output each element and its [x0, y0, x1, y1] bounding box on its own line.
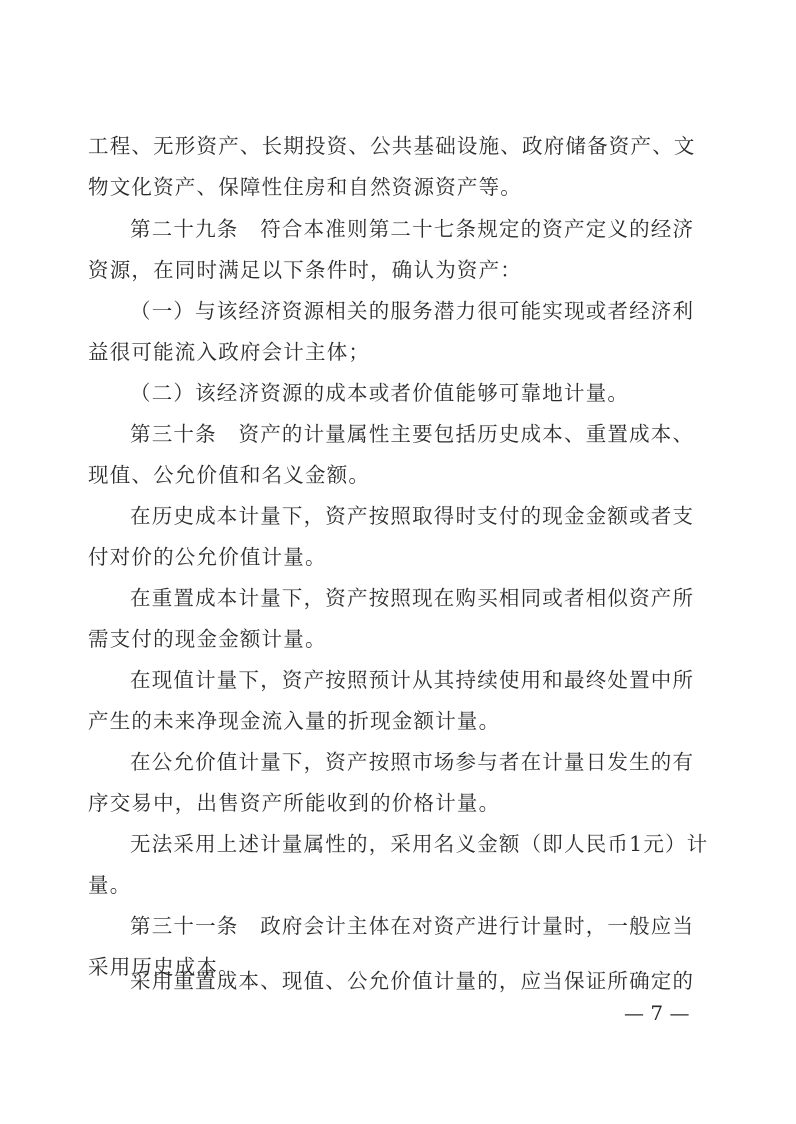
- historical-cost-line: 在历史成本计量下，资产按照取得时支付的现金金额或者支: [130, 503, 710, 529]
- condition-2-line: （二）该经济资源的成本或者价值能够可靠地计量。: [130, 380, 710, 406]
- page-number: — 7 —: [624, 1000, 689, 1026]
- text-line: 需支付的现金金额计量。: [88, 626, 708, 652]
- fair-value-line: 在公允价值计量下，资产按照市场参与者在计量日发生的有: [130, 749, 710, 775]
- nominal-amount-line: 无法采用上述计量属性的，采用名义金额（即人民币1元）计: [130, 831, 710, 857]
- text-line: 工程、无形资产、长期投资、公共基础设施、政府储备资产、文: [88, 133, 708, 159]
- present-value-line: 在现值计量下，资产按照预计从其持续使用和最终处置中所: [130, 667, 710, 693]
- text-line: 物文化资产、保障性住房和自然资源资产等。: [88, 174, 708, 200]
- article-29-heading-line: 第二十九条 符合本准则第二十七条规定的资产定义的经济: [130, 216, 710, 242]
- text-line: 益很可能流入政府会计主体；: [88, 339, 708, 365]
- text-line: 采用重置成本、现值、公允价值计量的，应当保证所确定的: [130, 968, 710, 994]
- text-line: 产生的未来净现金流入量的折现金额计量。: [88, 708, 708, 734]
- document-page: 工程、无形资产、长期投资、公共基础设施、政府储备资产、文 物文化资产、保障性住房…: [0, 0, 796, 1124]
- article-30-heading-line: 第三十条 资产的计量属性主要包括历史成本、重置成本、: [130, 421, 710, 447]
- text-line: 现值、公允价值和名义金额。: [88, 462, 708, 488]
- text-line: 序交易中，出售资产所能收到的价格计量。: [88, 790, 708, 816]
- replacement-cost-line: 在重置成本计量下，资产按照现在购买相同或者相似资产所: [130, 585, 710, 611]
- text-line: 付对价的公允价值计量。: [88, 544, 708, 570]
- article-31-heading-line: 第三十一条 政府会计主体在对资产进行计量时，一般应当: [130, 913, 710, 939]
- condition-1-line: （一）与该经济资源相关的服务潜力很可能实现或者经济利: [130, 298, 710, 324]
- text-line: 资源，在同时满足以下条件时，确认为资产：: [88, 257, 708, 283]
- text-line: 量。: [88, 872, 708, 898]
